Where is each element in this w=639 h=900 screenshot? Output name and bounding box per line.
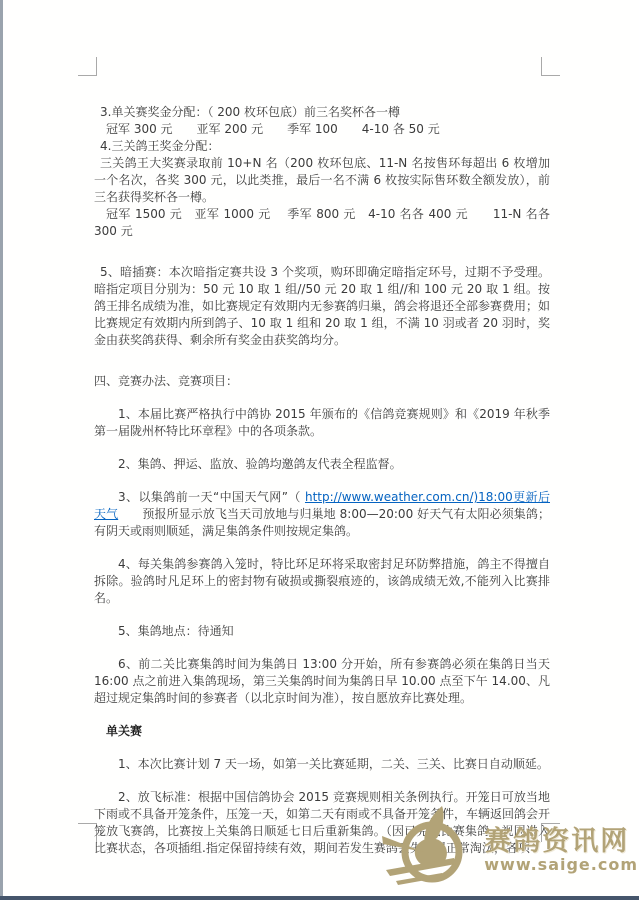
text-boundary-mark-top-right xyxy=(541,57,560,76)
word-document-page: 3.单关赛奖金分配：（ 200 枚环包底）前三名奖杯各一樽 冠军 300 元 亚… xyxy=(0,0,639,900)
king-race-prize-title: 4.三关鸽王奖金分配： xyxy=(94,138,550,155)
section-four-heading: 四、竞赛办法、竞赛项目： xyxy=(94,373,550,390)
window-left-border xyxy=(0,0,3,900)
rule-item-3-pre: 3、以集鸽前一天“中国天气网”（ xyxy=(118,490,305,504)
watermark-site-name: 赛鸽资讯网 xyxy=(484,828,638,855)
rule-item-3-post: 预报所显示放飞当天司放地与归巢地 8:00—20:00 好天气有太阳必须集鸽；有… xyxy=(94,507,550,538)
rule-item-6: 6、前二关比赛集鸽时间为集鸽日 13:00 分开始，所有参赛鸽必须在集鸽日当天 … xyxy=(94,656,550,707)
text-boundary-mark-top-left xyxy=(78,57,97,76)
single-race-prize-amounts: 冠军 300 元 亚军 200 元 季军 100 4-10 各 50 元 xyxy=(94,121,550,138)
single-race-heading: 单关赛 xyxy=(94,723,550,740)
rule-item-5: 5、集鸽地点：待通知 xyxy=(94,623,550,640)
king-race-prize-rules: 三关鸽王大奖赛录取前 10+N 名（200 枚环包底、11-N 名按售环每超出 … xyxy=(94,155,550,206)
document-body: 3.单关赛奖金分配：（ 200 枚环包底）前三名奖杯各一樽 冠军 300 元 亚… xyxy=(94,104,550,857)
single-race-prize-title: 3.单关赛奖金分配：（ 200 枚环包底）前三名奖杯各一樽 xyxy=(94,104,550,121)
rule-item-2: 2、集鸽、押运、监放、验鸽均邀鸽友代表全程监督。 xyxy=(94,456,550,473)
rule-item-1: 1、本届比赛严格执行中鸽协 2015 年颁布的《信鸽竞赛规则》和《2019 年秋… xyxy=(94,406,550,440)
hidden-insert-race-rules: 5、暗插赛：本次暗指定赛共设 3 个奖项，购环即确定暗指定环号，过期不予受理。暗… xyxy=(94,264,550,349)
saige-watermark: 赛鸽资讯网 www.saige.com xyxy=(380,806,638,894)
pigeon-logo-icon xyxy=(380,806,482,894)
watermark-site-url: www.saige.com xyxy=(484,857,638,873)
rule-item-3: 3、以集鸽前一天“中国天气网”（ http://www.weather.com.… xyxy=(94,489,550,540)
rule-item-4: 4、每关集鸽参赛鸽入笼时，特比环足环将采取密封足环防弊措施，鸽主不得擅自拆除。验… xyxy=(94,556,550,607)
watermark-text: 赛鸽资讯网 www.saige.com xyxy=(484,828,638,873)
single-race-item-1: 1、本次比赛计划 7 天一场，如第一关比赛延期，二关、三关、比赛日自动顺延。 xyxy=(94,756,550,773)
window-bottom-border xyxy=(0,896,639,900)
king-race-prize-amounts: 冠军 1500 元 亚军 1000 元 季军 800 元 4-10 名各 400… xyxy=(94,206,550,240)
